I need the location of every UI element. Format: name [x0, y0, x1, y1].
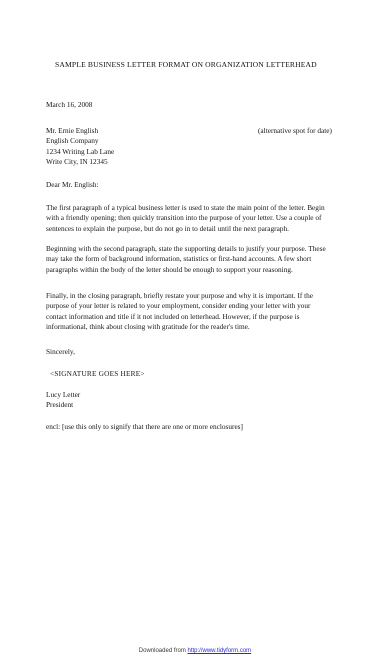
footer-text: Downloaded from — [139, 648, 188, 654]
letter-document: SAMPLE BUSINESS LETTER FORMAT ON ORGANIZ… — [0, 0, 390, 665]
paragraph-line: may take the form of background informat… — [46, 254, 326, 264]
signer-title: President — [46, 400, 80, 410]
paragraph-line: Finally, in the closing paragraph, brief… — [46, 291, 313, 301]
signature-placeholder: <SIGNATURE GOES HERE> — [50, 369, 145, 378]
recipient-city: Write City, IN 12345 — [46, 157, 114, 167]
salutation: Dear Mr. English: — [46, 180, 99, 189]
enclosure-note: encl: [use this only to signify that the… — [46, 422, 243, 431]
alternative-date-note: (alternative spot for date) — [258, 126, 332, 135]
footer-link[interactable]: http://www.tidyform.com — [188, 648, 252, 654]
recipient-address: Mr. Ernie English English Company 1234 W… — [46, 126, 114, 168]
signer-name: Lucy Letter — [46, 390, 80, 400]
signature-block: Lucy Letter President — [46, 390, 80, 411]
paragraph-line: paragraphs within the body of the letter… — [46, 265, 326, 275]
page-footer: Downloaded from http://www.tidyform.com — [0, 648, 390, 654]
paragraph-line: purpose of your letter is related to you… — [46, 301, 313, 311]
letter-heading: SAMPLE BUSINESS LETTER FORMAT ON ORGANIZ… — [55, 60, 317, 69]
paragraph-line: with a friendly opening; then quickly tr… — [46, 213, 325, 223]
body-paragraph-1: The first paragraph of a typical busines… — [46, 203, 325, 234]
paragraph-line: informational, think about closing with … — [46, 322, 313, 332]
body-paragraph-2: Beginning with the second paragraph, sta… — [46, 244, 326, 275]
letter-date: March 16, 2008 — [46, 100, 92, 109]
paragraph-line: contact information and title if it not … — [46, 312, 313, 322]
recipient-street: 1234 Writing Lab Lane — [46, 147, 114, 157]
paragraph-line: sentences to explain the purpose, but do… — [46, 224, 325, 234]
recipient-name: Mr. Ernie English — [46, 126, 114, 136]
body-paragraph-3: Finally, in the closing paragraph, brief… — [46, 291, 313, 332]
paragraph-line: Beginning with the second paragraph, sta… — [46, 244, 326, 254]
paragraph-line: The first paragraph of a typical busines… — [46, 203, 325, 213]
closing: Sincerely, — [46, 347, 75, 356]
recipient-company: English Company — [46, 136, 114, 146]
